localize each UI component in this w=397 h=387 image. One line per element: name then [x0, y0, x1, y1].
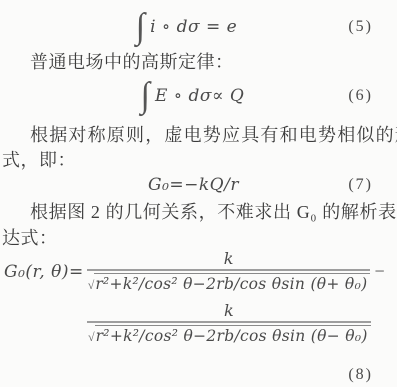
radical-sign: √ [88, 331, 95, 343]
paragraph-gauss-law-intro: 普通电场中的高斯定律： [30, 51, 234, 73]
paper-page: ∫ i ∘ dσ = e (5) 普通电场中的高斯定律： ∫ E ∘ dσ∝ Q… [0, 0, 397, 387]
minus-operator: − [374, 261, 384, 282]
fraction-1-denominator: √ r²+k²/cos² θ−2rb/cos θsin (θ+ θ₀) [87, 269, 371, 293]
fraction-2-numerator: k [222, 302, 236, 321]
fraction-2-radicand: r²+k²/cos² θ−2rb/cos θsin (θ− θ₀) [95, 325, 371, 345]
fraction-1-numerator: k [222, 250, 236, 269]
fraction-2: k √ r²+k²/cos² θ−2rb/cos θsin (θ− θ₀) [87, 302, 371, 345]
equation-7: G₀=−kQ/r (7) [0, 172, 397, 198]
equation-5-number: (5) [348, 18, 373, 36]
equation-8-lhs: G₀(r, θ)= [4, 262, 84, 282]
paragraph-geometry-line2: 达式： [2, 227, 58, 249]
equation-5-body: i ∘ dσ = e [150, 17, 237, 37]
paragraph-symmetry-line2: 式，即： [2, 149, 76, 171]
equation-8-number: (8) [348, 366, 373, 384]
equation-6: ∫ E ∘ dσ∝ Q (6) [0, 76, 397, 116]
equation-8-line1: G₀(r, θ)= k √ r²+k²/cos² θ−2rb/cos θsin … [4, 248, 397, 293]
integral-sign: ∫ [136, 9, 145, 45]
equation-7-number: (7) [348, 176, 373, 194]
integral-sign: ∫ [141, 78, 150, 114]
paragraph-geometry-line1: 根据图 2 的几何关系，不难求出 G₀ 的解析表 [30, 201, 397, 223]
equation-6-body: E ∘ dσ∝ Q [155, 86, 244, 106]
equation-6-number: (6) [348, 87, 373, 105]
fraction-1: k √ r²+k²/cos² θ−2rb/cos θsin (θ+ θ₀) [87, 250, 371, 293]
equation-8-line2: k √ r²+k²/cos² θ−2rb/cos θsin (θ− θ₀) [84, 302, 397, 345]
equation-7-body: G₀=−kQ/r [148, 175, 239, 195]
radical-sign: √ [88, 279, 95, 291]
paragraph-symmetry-line1: 根据对称原则，虚电势应具有和电势相似的形 [30, 124, 397, 146]
fraction-2-denominator: √ r²+k²/cos² θ−2rb/cos θsin (θ− θ₀) [87, 321, 371, 345]
fraction-1-radicand: r²+k²/cos² θ−2rb/cos θsin (θ+ θ₀) [94, 273, 370, 293]
equation-5: ∫ i ∘ dσ = e (5) [0, 8, 397, 46]
equation-8: G₀(r, θ)= k √ r²+k²/cos² θ−2rb/cos θsin … [0, 248, 397, 387]
